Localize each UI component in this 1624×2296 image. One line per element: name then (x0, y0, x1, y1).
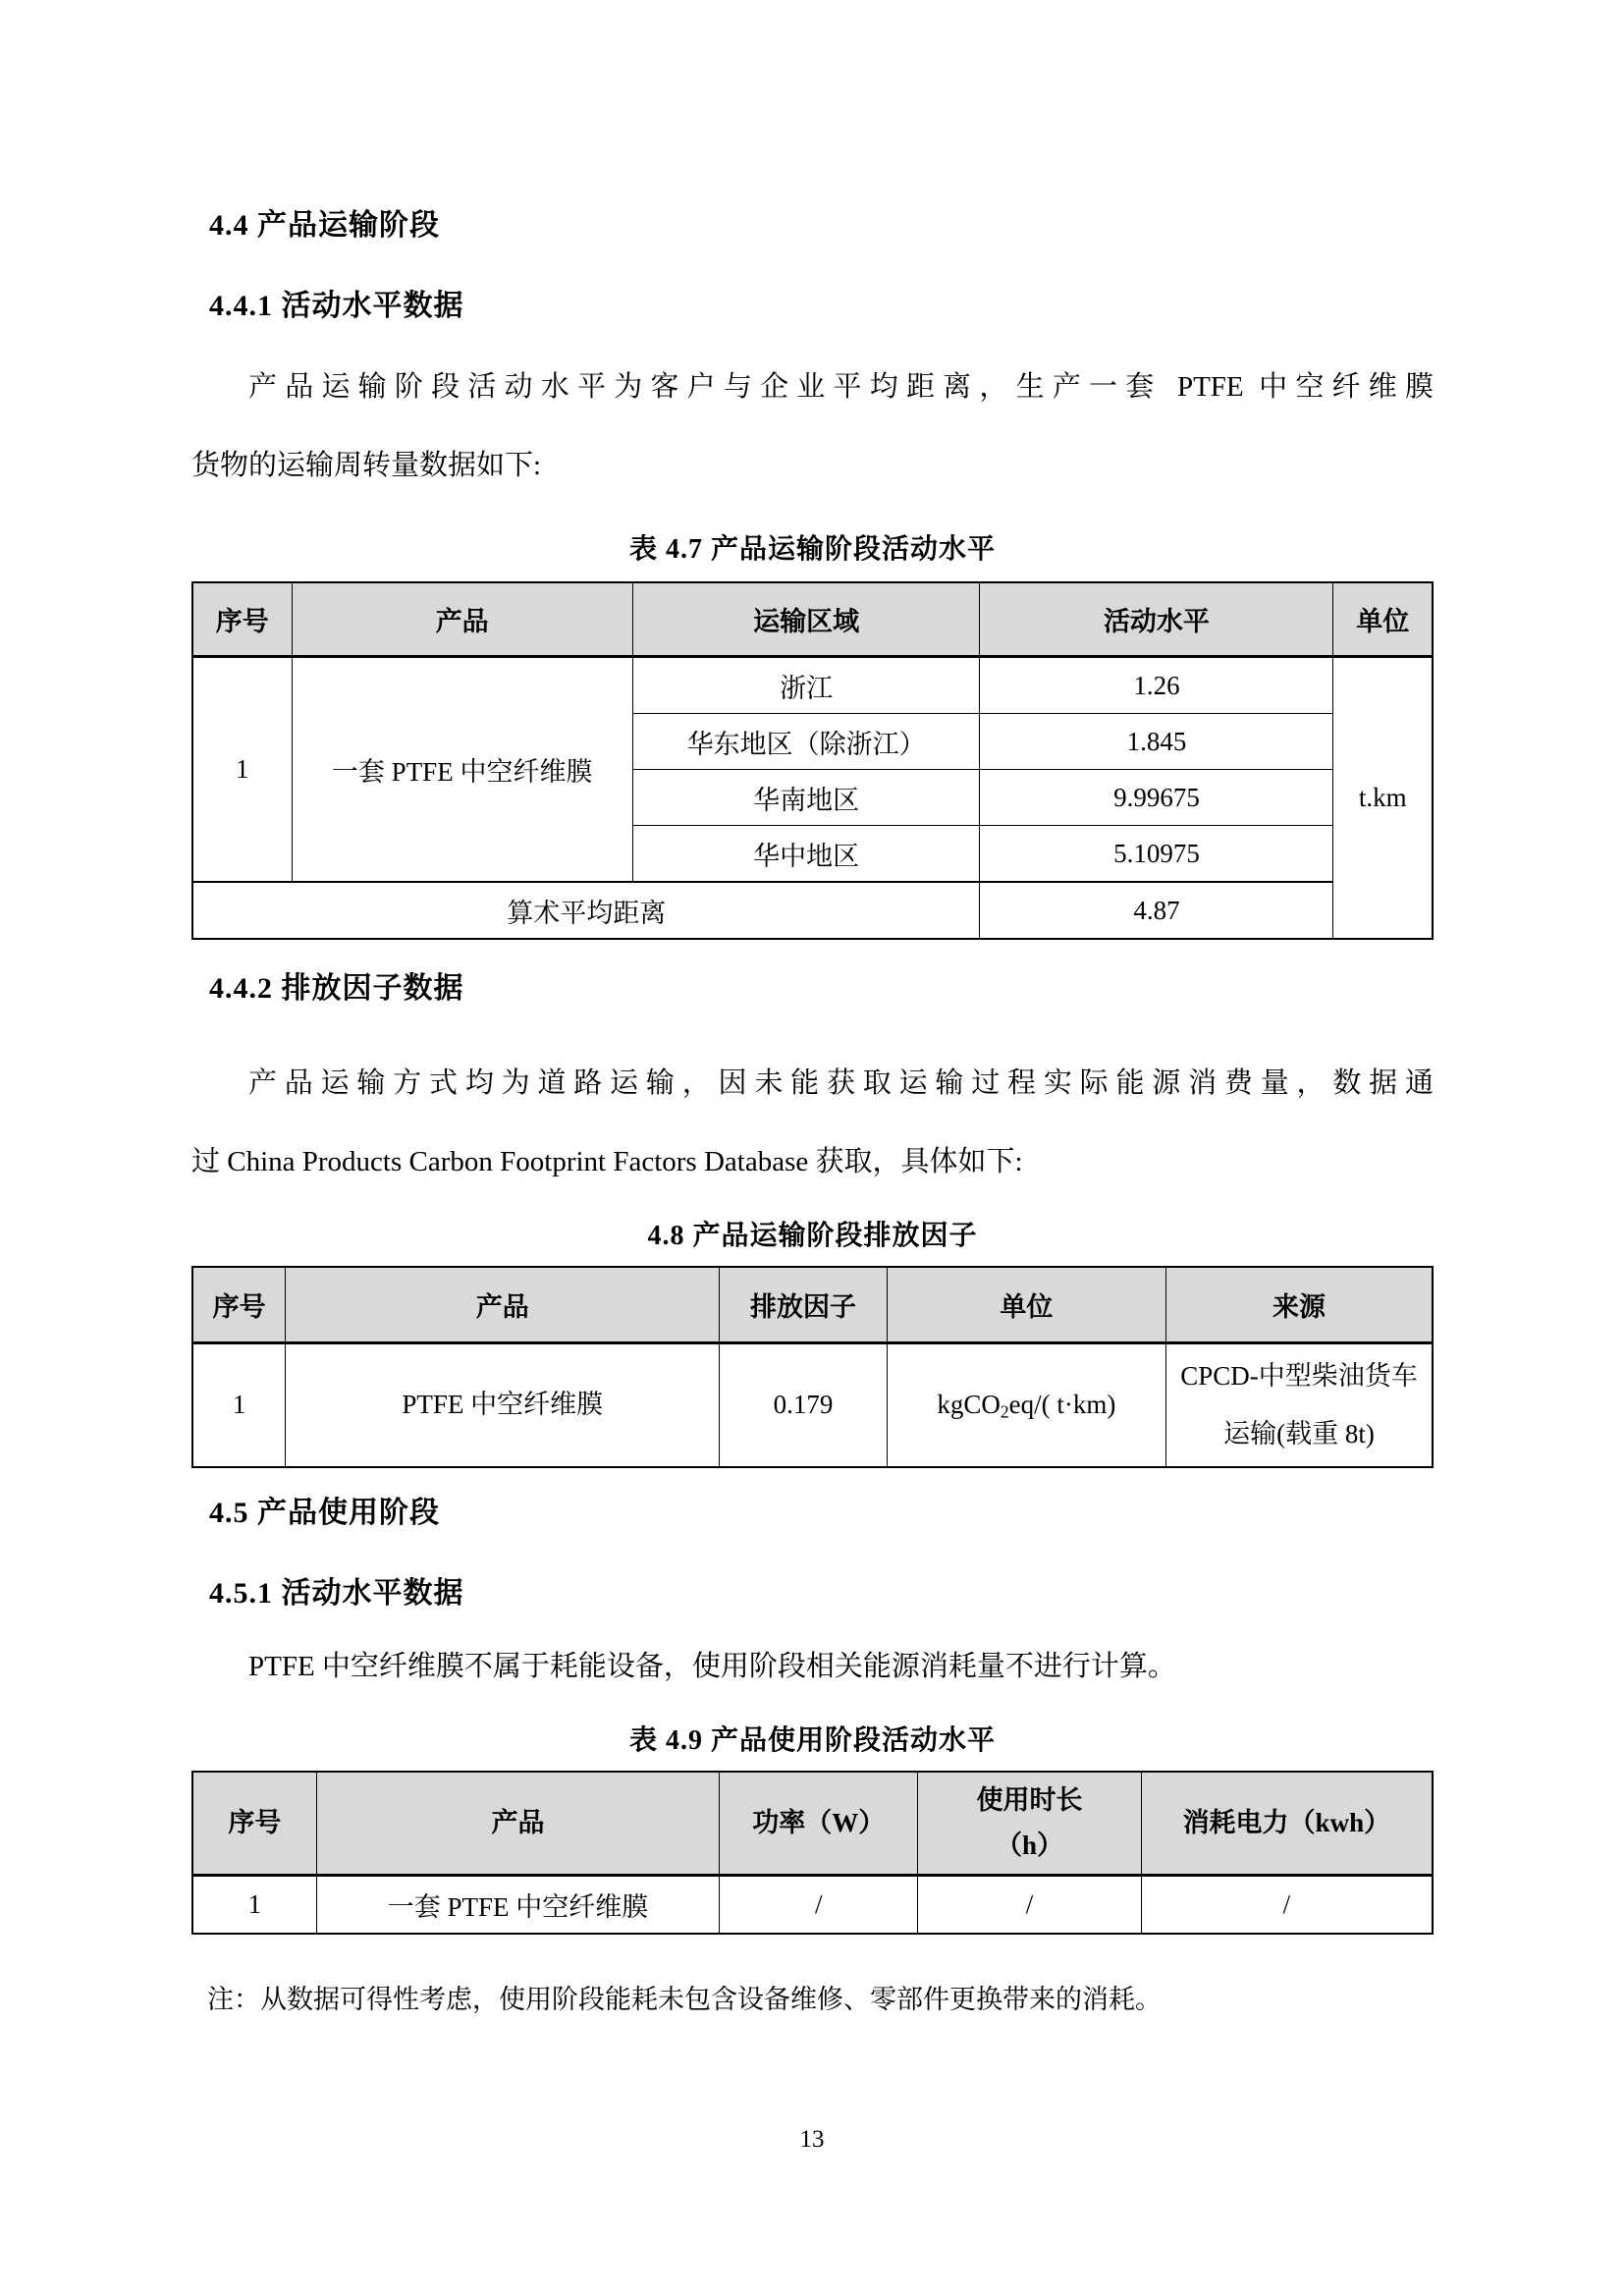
table-4-8-caption: 4.8 产品运输阶段排放因子 (191, 1215, 1434, 1258)
document-page: 4.4 产品运输阶段 4.4.1 活动水平数据 产品运输阶段活动水平为客户与企业… (0, 0, 1624, 2296)
cell-activity: 9.99675 (980, 770, 1333, 826)
col-header-unit: 单位 (887, 1267, 1165, 1343)
document-content: 4.4 产品运输阶段 4.4.1 活动水平数据 产品运输阶段活动水平为客户与企业… (191, 0, 1434, 2019)
cell-activity: 1.845 (980, 714, 1333, 770)
col-header-power: 功率（W） (720, 1772, 918, 1876)
section-heading-4-4-2: 4.4.2 排放因子数据 (191, 967, 1434, 1011)
unit-prefix: kgCO (937, 1390, 1001, 1419)
col-header-factor: 排放因子 (720, 1267, 888, 1343)
table-header-row: 序号 产品 运输区域 活动水平 单位 (192, 582, 1433, 657)
cell-region: 华中地区 (632, 826, 980, 883)
cell-average-label: 算术平均距离 (192, 882, 980, 939)
paragraph-transport-activity: 产品运输阶段活动水平为客户与企业平均距离，生产一套 PTFE 中空纤维膜 货物的… (191, 348, 1434, 505)
table-4-9-use-stage-activity: 序号 产品 功率（W） 使用时长（h） 消耗电力（kwh） 1 一套 PTFE … (191, 1771, 1434, 1935)
table-header-row: 序号 产品 排放因子 单位 来源 (192, 1267, 1433, 1343)
cell-seq: 1 (192, 1343, 286, 1468)
table-4-7-transport-activity: 序号 产品 运输区域 活动水平 单位 1 一套 PTFE 中空纤维膜 浙江 1.… (191, 581, 1434, 940)
cell-activity: 5.10975 (980, 826, 1333, 883)
col-header-product: 产品 (286, 1267, 720, 1343)
cell-product: 一套 PTFE 中空纤维膜 (292, 657, 632, 883)
col-header-product: 产品 (292, 582, 632, 657)
cell-source: CPCD-中型柴油货车运输(载重 8t) (1165, 1343, 1433, 1468)
cell-region: 华东地区（除浙江） (632, 714, 980, 770)
section-heading-4-5-1: 4.5.1 活动水平数据 (191, 1572, 1434, 1615)
page-number: 13 (0, 2126, 1624, 2154)
section-heading-4-5: 4.5 产品使用阶段 (191, 1492, 1434, 1535)
table-row: 1 PTFE 中空纤维膜 0.179 kgCO2eq/( t·km) CPCD-… (192, 1343, 1433, 1468)
col-header-seq: 序号 (192, 1267, 286, 1343)
table-row: 1 一套 PTFE 中空纤维膜 浙江 1.26 t.km (192, 657, 1433, 714)
col-header-activity: 活动水平 (980, 582, 1333, 657)
col-header-region: 运输区域 (632, 582, 980, 657)
paragraph-line: 产品运输阶段活动水平为客户与企业平均距离，生产一套 PTFE 中空纤维膜 (191, 348, 1434, 426)
section-heading-4-4-1: 4.4.1 活动水平数据 (191, 285, 1434, 328)
table-4-9-caption: 表 4.9 产品使用阶段活动水平 (191, 1720, 1434, 1763)
cell-duration: / (918, 1876, 1141, 1935)
cell-consumed: / (1141, 1876, 1433, 1935)
cell-region: 华南地区 (632, 770, 980, 826)
col-header-source: 来源 (1165, 1267, 1433, 1343)
cell-unit: t.km (1333, 657, 1433, 940)
paragraph-line: 货物的运输周转量数据如下: (191, 426, 1434, 505)
table-row: 1 一套 PTFE 中空纤维膜 / / / (192, 1876, 1433, 1935)
cell-unit: kgCO2eq/( t·km) (887, 1343, 1165, 1468)
unit-suffix: eq/( t·km) (1009, 1390, 1116, 1419)
cell-region: 浙江 (632, 657, 980, 714)
cell-factor: 0.179 (720, 1343, 888, 1468)
col-header-duration: 使用时长（h） (918, 1772, 1141, 1876)
col-header-consumed: 消耗电力（kwh） (1141, 1772, 1433, 1876)
table-4-7-caption: 表 4.7 产品运输阶段活动水平 (191, 528, 1434, 572)
cell-product: PTFE 中空纤维膜 (286, 1343, 720, 1468)
cell-product: 一套 PTFE 中空纤维膜 (316, 1876, 719, 1935)
col-header-product: 产品 (316, 1772, 719, 1876)
cell-seq: 1 (192, 657, 292, 883)
cell-activity: 1.26 (980, 657, 1333, 714)
cell-power: / (720, 1876, 918, 1935)
paragraph-line: 过 China Products Carbon Footprint Factor… (191, 1122, 1434, 1201)
section-heading-4-4: 4.4 产品运输阶段 (191, 204, 1434, 247)
table-4-8-emission-factor: 序号 产品 排放因子 单位 来源 1 PTFE 中空纤维膜 0.179 kgCO… (191, 1266, 1434, 1468)
paragraph-use-stage: PTFE 中空纤维膜不属于耗能设备，使用阶段相关能源消耗量不进行计算。 (191, 1627, 1434, 1706)
col-header-seq: 序号 (192, 1772, 316, 1876)
paragraph-emission-factor: 产品运输方式均为道路运输，因未能获取运输过程实际能源消费量，数据通 过 Chin… (191, 1044, 1434, 1201)
table-note: 注：从数据可得性考虑，使用阶段能耗未包含设备维修、零部件更换带来的消耗。 (191, 1980, 1434, 2019)
col-header-unit: 单位 (1333, 582, 1433, 657)
paragraph-line: 产品运输方式均为道路运输，因未能获取运输过程实际能源消费量，数据通 (191, 1044, 1434, 1122)
col-header-seq: 序号 (192, 582, 292, 657)
duration-header-line2: （h） (924, 1824, 1134, 1869)
table-header-row: 序号 产品 功率（W） 使用时长（h） 消耗电力（kwh） (192, 1772, 1433, 1876)
cell-seq: 1 (192, 1876, 316, 1935)
unit-subscript: 2 (1001, 1402, 1009, 1422)
cell-average-value: 4.87 (980, 882, 1333, 939)
paragraph-line: PTFE 中空纤维膜不属于耗能设备，使用阶段相关能源消耗量不进行计算。 (191, 1627, 1434, 1706)
duration-header-line1: 使用时长 (924, 1778, 1134, 1824)
table-row-average: 算术平均距离 4.87 (192, 882, 1433, 939)
